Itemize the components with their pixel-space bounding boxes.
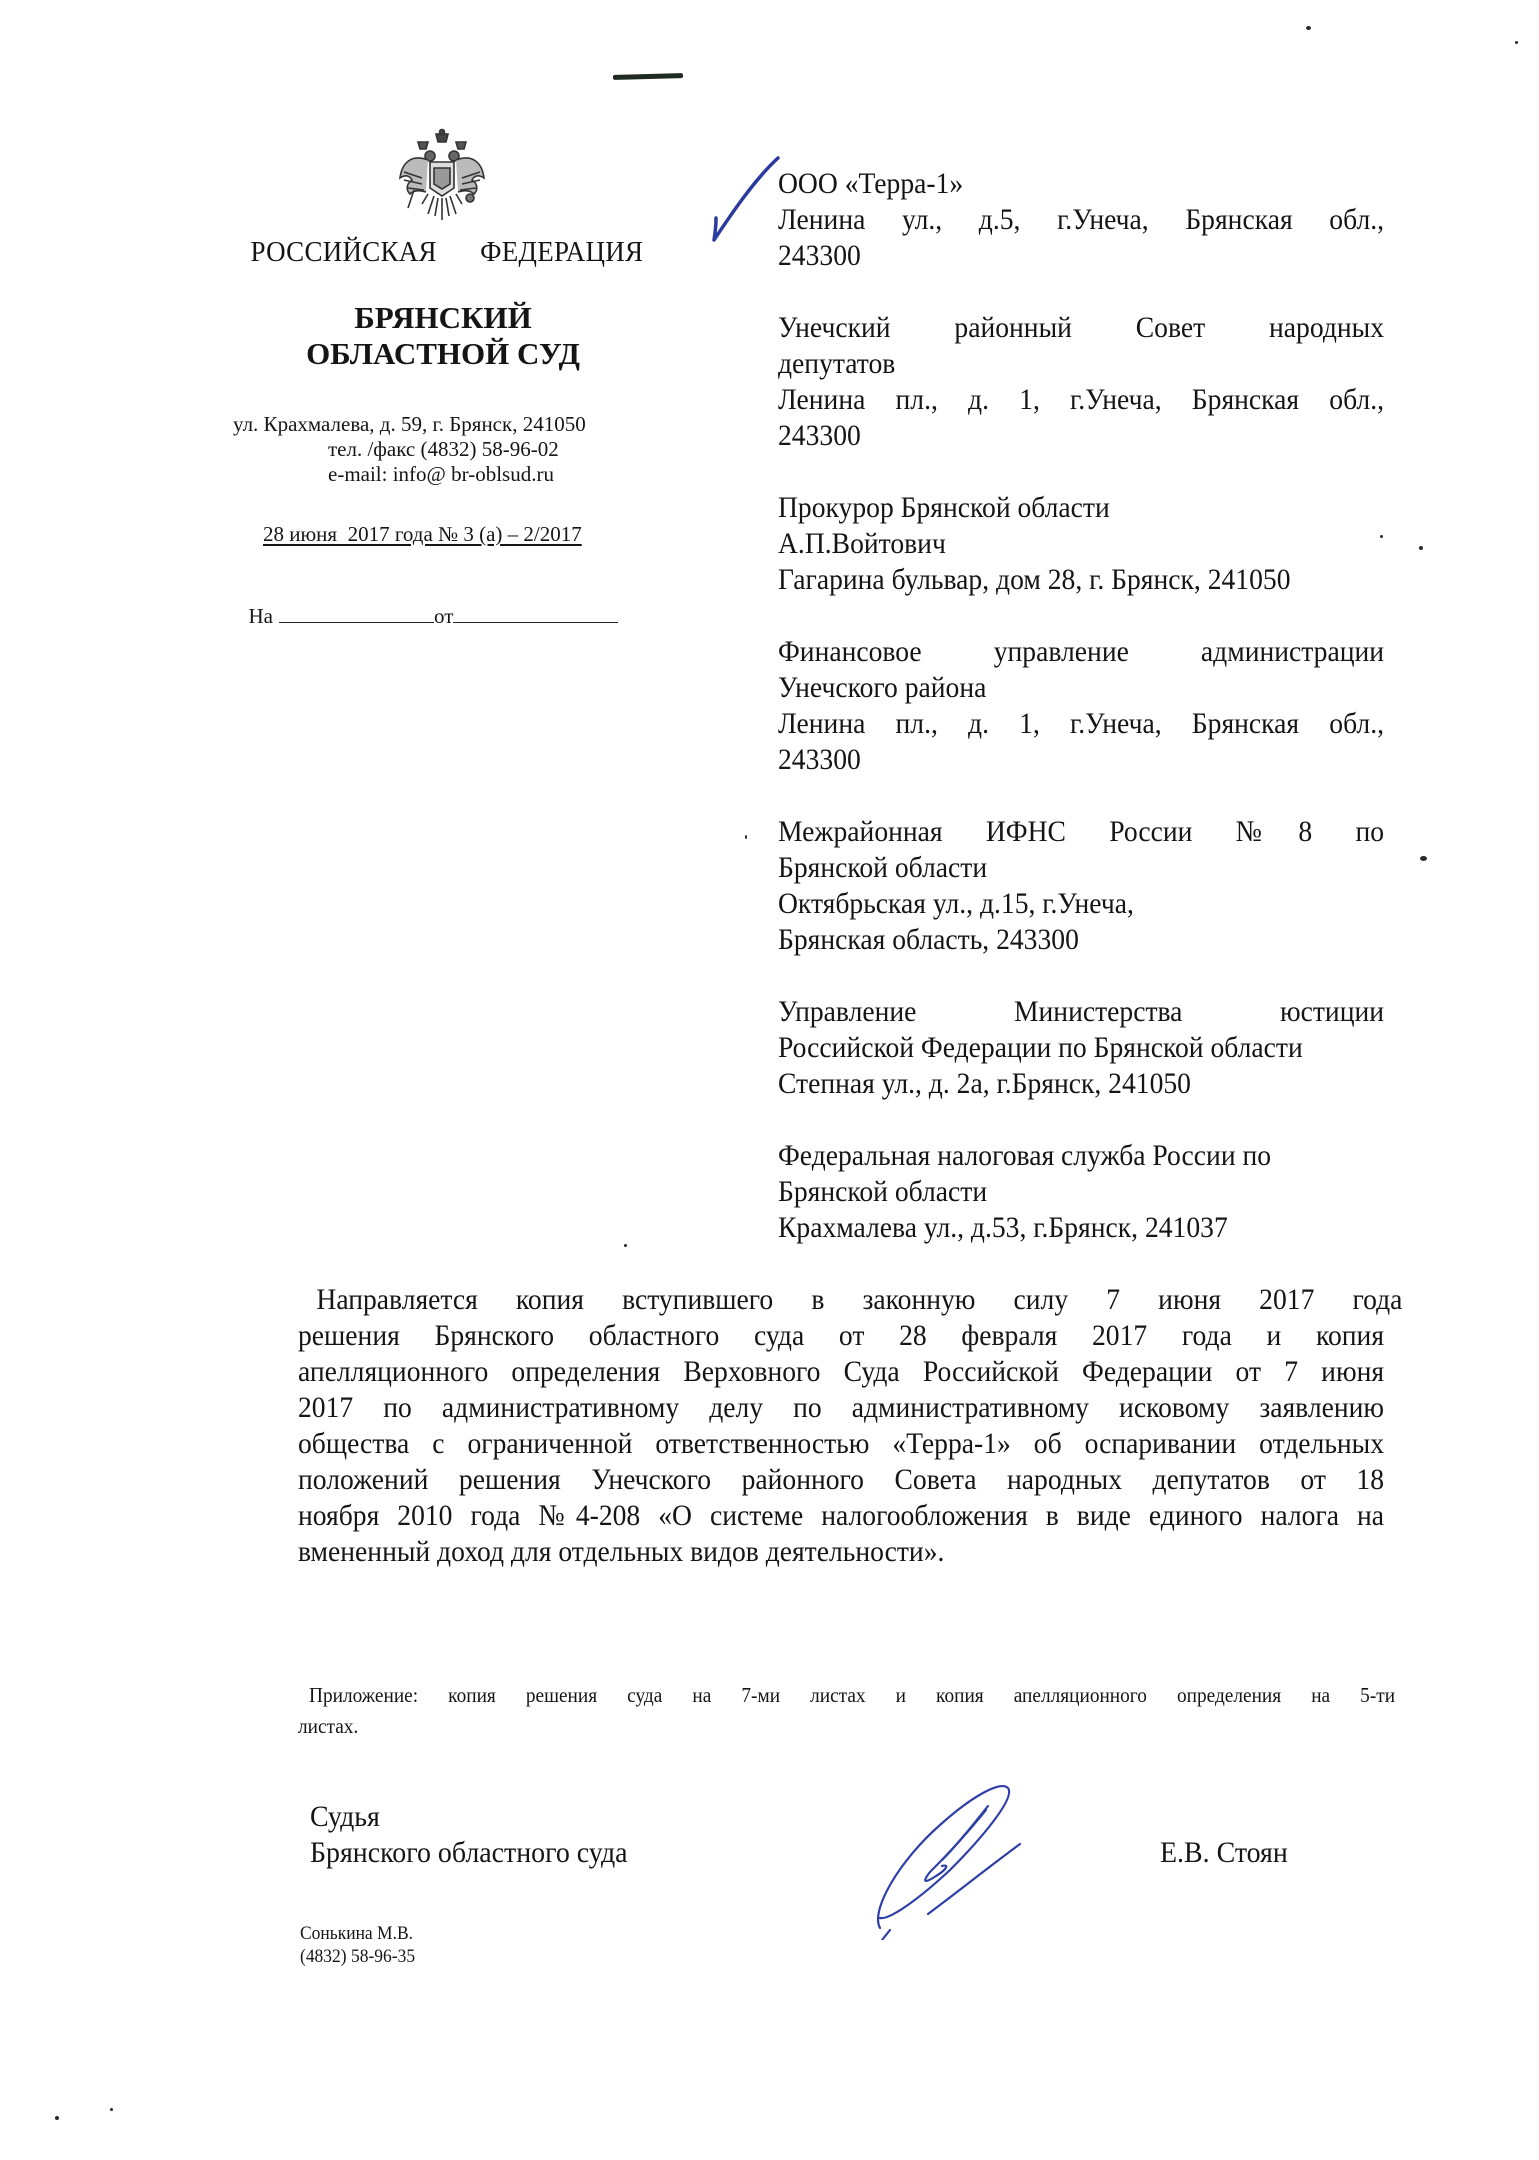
reply-date-blank: [453, 604, 618, 623]
recipient-line: Крахмалева ул., д.53, г.Брянск, 241037: [778, 1210, 1384, 1246]
handwritten-signature-icon: [860, 1780, 1060, 1940]
recipient-line: Прокурор Брянской области: [778, 490, 1384, 526]
court-name-line2: ОБЛАСТНОЙ СУД: [236, 336, 650, 372]
recipient-block: Федеральная налоговая служба России по Б…: [778, 1138, 1384, 1246]
recipient-line: 243300: [778, 418, 1384, 454]
recipient-line: Ленина пл., д. 1, г.Унеча, Брянская обл.…: [778, 706, 1384, 742]
reply-on-label: На: [249, 604, 274, 628]
signer-title: Судья Брянского областного суда: [310, 1799, 651, 1871]
reply-from-label: от: [434, 604, 453, 628]
letter-body: Направляется копия вступившего в законну…: [298, 1282, 1384, 1570]
scan-speck: [1306, 26, 1311, 30]
recipient-block: Межрайонная ИФНС России №8 по Брянской о…: [778, 814, 1384, 958]
executor-info: Сонькина М.В. (4832) 58-96-35: [300, 1922, 425, 1968]
country-name: РОССИЙСКАЯ ФЕДЕРАЦИЯ: [250, 236, 635, 269]
recipient-line: Унечский районный Совет народных: [778, 310, 1384, 346]
recipient-line: 243300: [778, 238, 1384, 274]
body-line: положений решения Унечского районного Со…: [298, 1462, 1384, 1498]
top-dash-mark: [613, 73, 683, 80]
executor-phone: (4832) 58-96-35: [300, 1945, 415, 1968]
executor-name: Сонькина М.В.: [300, 1922, 415, 1945]
scan-speck: [1419, 546, 1423, 550]
recipients-list: ООО «Терра-1» Ленина ул., д.5, г.Унеча, …: [778, 166, 1384, 1282]
scan-speck: [1380, 535, 1383, 538]
reply-reference: Наот: [238, 579, 618, 629]
recipient-line: Брянской области: [778, 1174, 1384, 1210]
scan-speck: [55, 2116, 59, 2120]
recipient-line: А.П.Войтович: [778, 526, 1384, 562]
recipient-line: Управление Министерства юстиции: [778, 994, 1384, 1030]
recipient-line: Брянской области: [778, 850, 1384, 886]
court-phone-fax: тел. /факс (4832) 58-96-02: [230, 437, 650, 462]
recipient-line: 243300: [778, 742, 1384, 778]
attachment-line: листах.: [298, 1711, 1384, 1742]
body-line: апелляционного определения Верховного Су…: [298, 1354, 1384, 1390]
court-address: ул. Крахмалева, д. 59, г. Брянск, 241050: [230, 412, 650, 437]
attachment-line: Приложение: копия решения суда на 7-ми л…: [298, 1680, 1395, 1711]
recipient-line: Степная ул., д. 2а, г.Брянск, 241050: [778, 1066, 1384, 1102]
recipient-line: Гагарина бульвар, дом 28, г. Брянск, 241…: [778, 562, 1384, 598]
scan-speck: [1420, 856, 1427, 861]
checkmark-icon: [700, 150, 790, 250]
recipient-line: депутатов: [778, 346, 1384, 382]
recipient-line: ООО «Терра-1»: [778, 166, 1384, 202]
recipient-block: Финансовое управление администрации Унеч…: [778, 634, 1384, 778]
recipient-line: Брянская область, 243300: [778, 922, 1384, 958]
signer-title-line2: Брянского областного суда: [310, 1835, 628, 1871]
recipient-block: Управление Министерства юстиции Российск…: [778, 994, 1384, 1102]
signer-name: Е.В. Стоян: [1160, 1835, 1288, 1871]
attachment-note: Приложение: копия решения суда на 7-ми л…: [298, 1680, 1384, 1742]
scan-speck: [110, 2108, 113, 2111]
court-name: БРЯНСКИЙ ОБЛАСТНОЙ СУД: [236, 300, 650, 372]
coat-of-arms-icon: [392, 128, 492, 228]
scan-speck: [1515, 41, 1518, 44]
recipient-line: Российской Федерации по Брянской области: [778, 1030, 1384, 1066]
court-email: e-mail: info@ br-oblsud.ru: [230, 462, 650, 487]
body-line: вмененный доход для отдельных видов деят…: [298, 1534, 1384, 1570]
recipient-line: Унечского района: [778, 670, 1384, 706]
court-name-line1: БРЯНСКИЙ: [236, 300, 650, 336]
recipient-line: Федеральная налоговая служба России по: [778, 1138, 1384, 1174]
scan-speck: [624, 1244, 627, 1247]
recipient-line: Ленина ул., д.5, г.Унеча, Брянская обл.,: [778, 202, 1384, 238]
recipient-block: ООО «Терра-1» Ленина ул., д.5, г.Унеча, …: [778, 166, 1384, 274]
body-line: 2017 по административному делу по админи…: [298, 1390, 1384, 1426]
recipient-line: Октябрьская ул., д.15, г.Унеча,: [778, 886, 1384, 922]
body-line: общества с ограниченной ответственностью…: [298, 1426, 1384, 1462]
body-line: Направляется копия вступившего в законну…: [298, 1282, 1402, 1318]
court-contacts: ул. Крахмалева, д. 59, г. Брянск, 241050…: [230, 412, 650, 487]
recipient-block: Унечский районный Совет народных депутат…: [778, 310, 1384, 454]
recipient-line: Межрайонная ИФНС России №8 по: [778, 814, 1384, 850]
signer-title-line1: Судья: [310, 1799, 628, 1835]
recipient-block: Прокурор Брянской области А.П.Войтович Г…: [778, 490, 1384, 598]
recipient-line: Ленина пл., д. 1, г.Унеча, Брянская обл.…: [778, 382, 1384, 418]
recipient-line: Финансовое управление администрации: [778, 634, 1384, 670]
scan-speck: [745, 835, 747, 839]
body-line: ноября 2010 года №4-208 «О системе налог…: [298, 1498, 1384, 1534]
reply-number-blank: [279, 604, 434, 623]
outgoing-reference: 28 июня 2017 года № 3 (а) – 2/2017: [263, 522, 582, 547]
body-line: решения Брянского областного суда от 28 …: [298, 1318, 1384, 1354]
